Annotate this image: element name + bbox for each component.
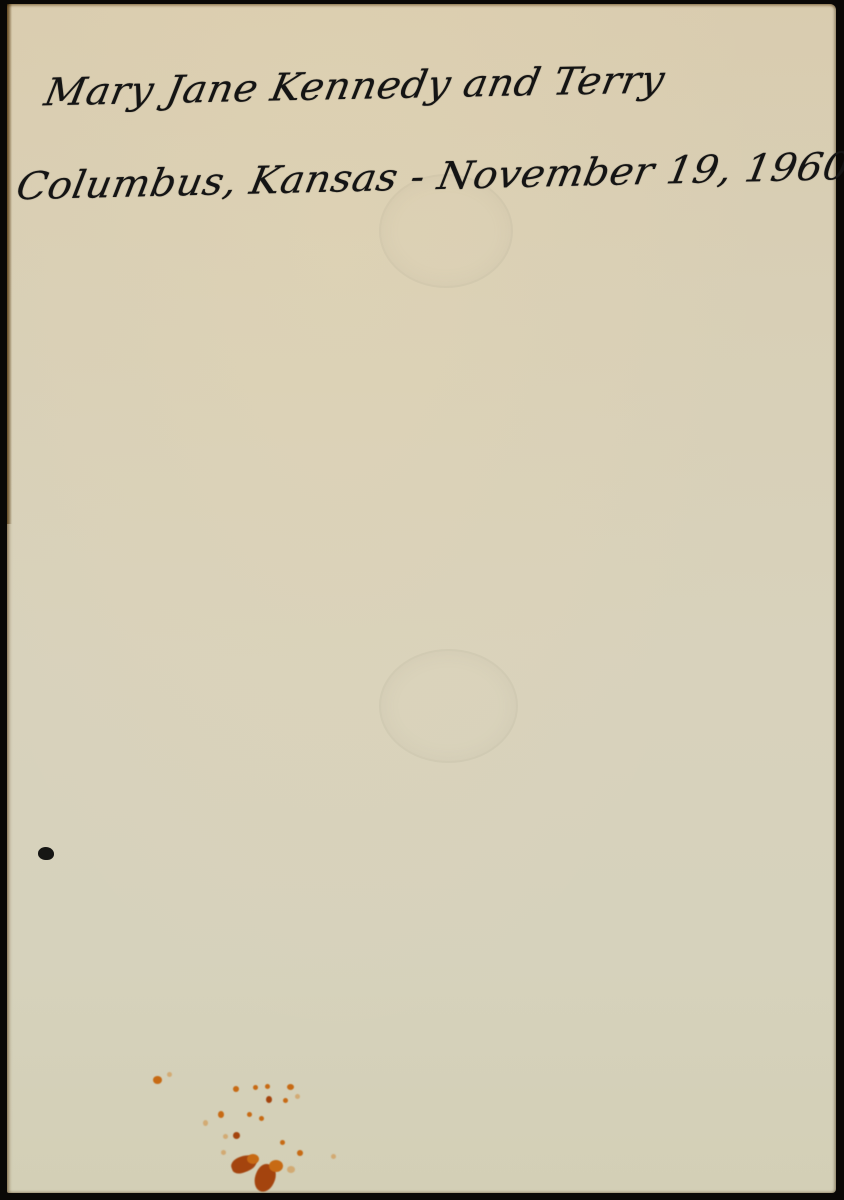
scanned-photo-back: Mary Jane Kennedy and Terry Columbus, Ka… xyxy=(0,0,844,1200)
photo-card-reverse: Mary Jane Kennedy and Terry Columbus, Ka… xyxy=(7,4,836,1193)
inscription-line-names: Mary Jane Kennedy and Terry xyxy=(41,58,669,115)
aged-left-edge xyxy=(7,4,12,524)
ink-dot-mark xyxy=(38,847,54,860)
ghost-stamp-middle xyxy=(379,649,518,763)
